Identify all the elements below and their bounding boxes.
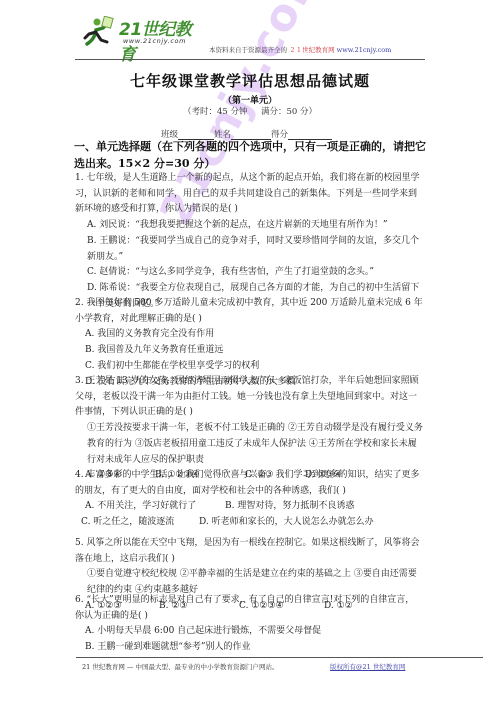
page-header: 21世纪教育 www.21cnjy.com 本资料来自于资源最齐全的 ２１世纪教… — [75, 12, 425, 52]
option-b: B. 理智对待，努力抵制不良诱惑 — [225, 499, 354, 515]
option-b: B. 王鹏说：“我要同学当成自己的竞争对手，同时又要珍惜同学间的友谊，多交几个新… — [75, 234, 423, 265]
header-note-url[interactable]: www.21cnjy.com — [337, 46, 392, 54]
option-a: A. 我国的义务教育完全没有作用 — [75, 327, 423, 343]
question-stem: 1. 七年级，是人生道路上一个新的起点，从这个新的起点开始，我们将在新的校园里学… — [75, 171, 423, 218]
footer-tagline: 21 世纪教育网 — 中国最大型、最专业的中小学教育资源门户网站。 — [82, 662, 278, 671]
question-6: 6. “长大”更明显的标志是对自己有了要求，有了自己的自律宣言!对下列的自律宣言… — [75, 593, 423, 656]
question-statements: ①王芳没按要求干满一年，老板不付工钱是正确的 ②王芳自动辍学是没有履行受义务教育… — [75, 421, 423, 468]
option-c: C. 赵倩说：“与这么多同学竞争，我有些害怕，产生了打退堂鼓的念头。” — [75, 265, 423, 281]
runner-icon — [83, 16, 115, 48]
section-heading: 一、单元选择题（在下列各题的四个选项中，只有一项是正确的，请把它选出来。15×2… — [74, 138, 434, 172]
logo-url: www.21cnjy.com — [123, 37, 186, 45]
option-a: A. 刘民说：“我想我要把握这个新的起点，在这片崭新的天地里有所作为！” — [75, 218, 423, 234]
option-a: A. 不用关注，学习好就行了 — [85, 499, 225, 515]
header-note-site[interactable]: ２１世纪教育网 — [289, 46, 335, 54]
options-row-2: C. 听之任之，随波逐流D. 听老师和家长的，大人说怎么办就怎么办 — [75, 515, 423, 531]
document-page: 21世纪教育 www.21cnjy.com 本资料来自于资源最齐全的 ２１世纪教… — [0, 0, 500, 707]
footer-copyright-link[interactable]: 版权所有@21 世纪教育网 — [330, 662, 405, 671]
option-b: B. 王鹏一碰到难题就想“参考”别人的作业 — [75, 640, 423, 656]
options-row-1: A. 不用关注，学习好就行了B. 理智对待，努力抵制不良诱惑 — [75, 499, 423, 515]
option-b: B. 我国普及九年义务教育任重道远 — [75, 343, 423, 359]
option-c: C. 我们初中生都能在学校里享受学习的权利 — [75, 359, 423, 375]
question-stem: 2. 我国每年有 500 多万适龄儿童未完成初中教育，其中近 200 万适龄儿童… — [75, 296, 423, 327]
footer-divider — [76, 657, 483, 658]
header-divider — [75, 59, 425, 60]
question-1: 1. 七年级，是人生道路上一个新的起点，从这个新的起点开始，我们将在新的校园里学… — [75, 171, 423, 312]
page-title: 七年级课堂教学评估思想品德试题 — [0, 70, 500, 91]
question-stem: 6. “长大”更明显的标志是对自己有了要求，有了自己的自律宣言!对下列的自律宣言… — [75, 593, 423, 624]
question-stem: 3. 王芳是 13 岁的女孩，因经济原因而辍学去广东一家饭馆打杂，半年后她想回家… — [75, 374, 423, 421]
header-note-prefix: 本资料来自于资源最齐全的 — [209, 46, 287, 54]
exam-info: （考时：45 分钟 满分：50 分） — [0, 105, 500, 117]
question-4: 4. 丰富多彩的中学生活，让我们觉得欣喜与兴奋。我们学习到更多的知识，结实了更多… — [75, 468, 423, 531]
option-c: C. 听之任之，随波逐流 — [81, 515, 199, 531]
option-a: A. 小明每天早晨 6:00 自己起床进行锻炼，不需要父母督促 — [75, 624, 423, 640]
header-note: 本资料来自于资源最齐全的 ２１世纪教育网 www.21cnjy.com — [209, 45, 391, 54]
question-stem: 5. 风筝之所以能在天空中飞翔，是因为有一根线在控制它。如果这根线断了，风筝将会… — [75, 536, 423, 567]
question-stem: 4. 丰富多彩的中学生活，让我们觉得欣喜与兴奋。我们学习到更多的知识，结实了更多… — [75, 468, 423, 499]
site-logo[interactable]: 21世纪教育 www.21cnjy.com — [83, 12, 203, 50]
option-d: D. 听老师和家长的，大人说怎么办就怎么办 — [199, 515, 374, 531]
